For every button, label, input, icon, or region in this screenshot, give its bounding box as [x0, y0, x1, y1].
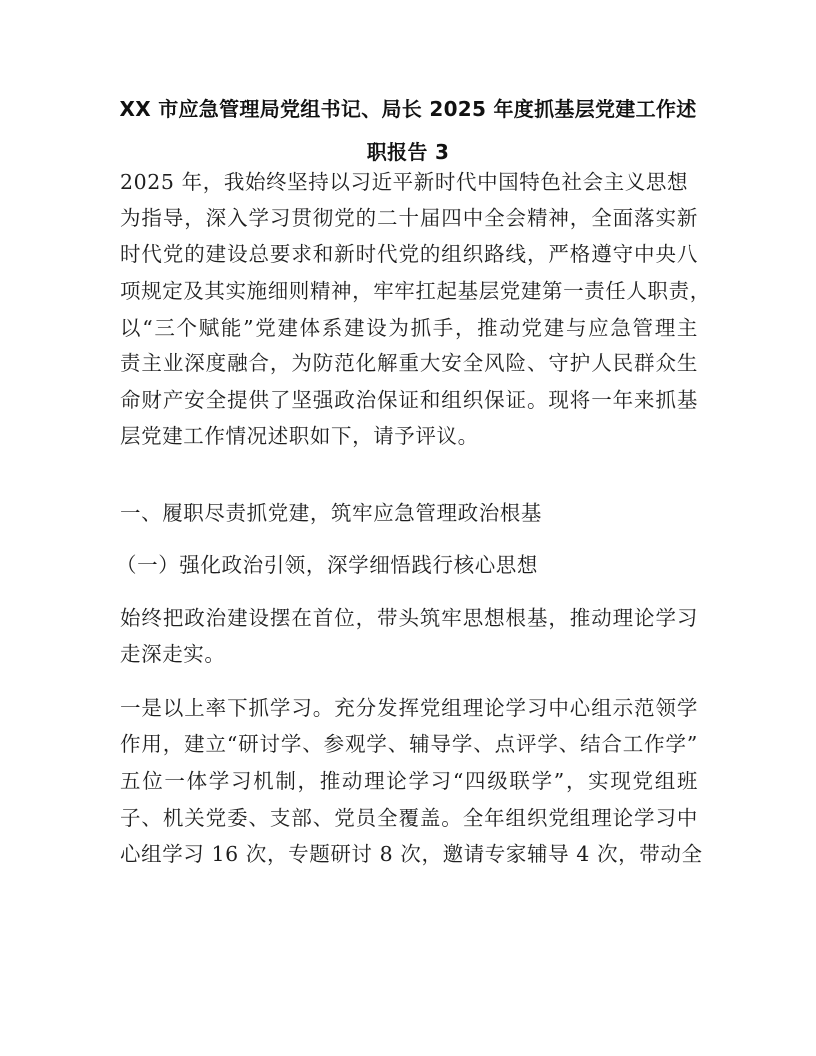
intro-line-6: 责主业深度融合，为防范化解重大安全风险、守护人民群众生	[120, 345, 698, 381]
subsection-heading: （一）强化政治引领，深学细悟践行核心思想	[116, 547, 538, 583]
point-one-line-1: 一是以上率下抓学习。充分发挥党组理论学习中心组示范领学	[120, 690, 698, 726]
point-one-line-5: 心组学习 16 次，专题研讨 8 次，邀请专家辅导 4 次，带动全	[120, 836, 698, 872]
intro-line-8: 层党建工作情况述职如下，请予评议。	[120, 418, 479, 454]
document-page: XX 市应急管理局党组书记、局长 2025 年度抓基层党建工作述 职报告 3 2…	[0, 0, 816, 1056]
point-one-line-2: 作用，建立“研讨学、参观学、辅导学、点评学、结合工作学”	[120, 726, 698, 762]
document-title: XX 市应急管理局党组书记、局长 2025 年度抓基层党建工作述 职报告 3	[100, 88, 716, 174]
point-one-line-3: 五位一体学习机制，推动理论学习“四级联学”，实现党组班	[120, 763, 698, 799]
intro-line-4: 项规定及其实施细则精神，牢牢扛起基层党建第一责任人职责，	[120, 273, 698, 309]
section-heading: 一、履职尽责抓党建，筑牢应急管理政治根基	[120, 495, 542, 531]
intro-line-3: 时代党的建设总要求和新时代党的组织路线，严格遵守中央八	[120, 236, 698, 272]
subsection-intro-line-1: 始终把政治建设摆在首位，带头筑牢思想根基，推动理论学习	[120, 600, 698, 636]
subsection-intro-line-2: 走深走实。	[120, 636, 226, 672]
intro-line-1: 2025 年，我始终坚持以习近平新时代中国特色社会主义思想	[120, 164, 688, 200]
intro-line-5: 以“三个赋能”党建体系建设为抓手，推动党建与应急管理主	[120, 310, 698, 346]
title-line-1: XX 市应急管理局党组书记、局长 2025 年度抓基层党建工作述	[100, 88, 716, 131]
intro-line-7: 命财产安全提供了坚强政治保证和组织保证。现将一年来抓基	[120, 382, 698, 418]
point-one-line-4: 子、机关党委、支部、党员全覆盖。全年组织党组理论学习中	[120, 800, 698, 836]
intro-line-2: 为指导，深入学习贯彻党的二十届四中全会精神，全面落实新	[120, 200, 698, 236]
